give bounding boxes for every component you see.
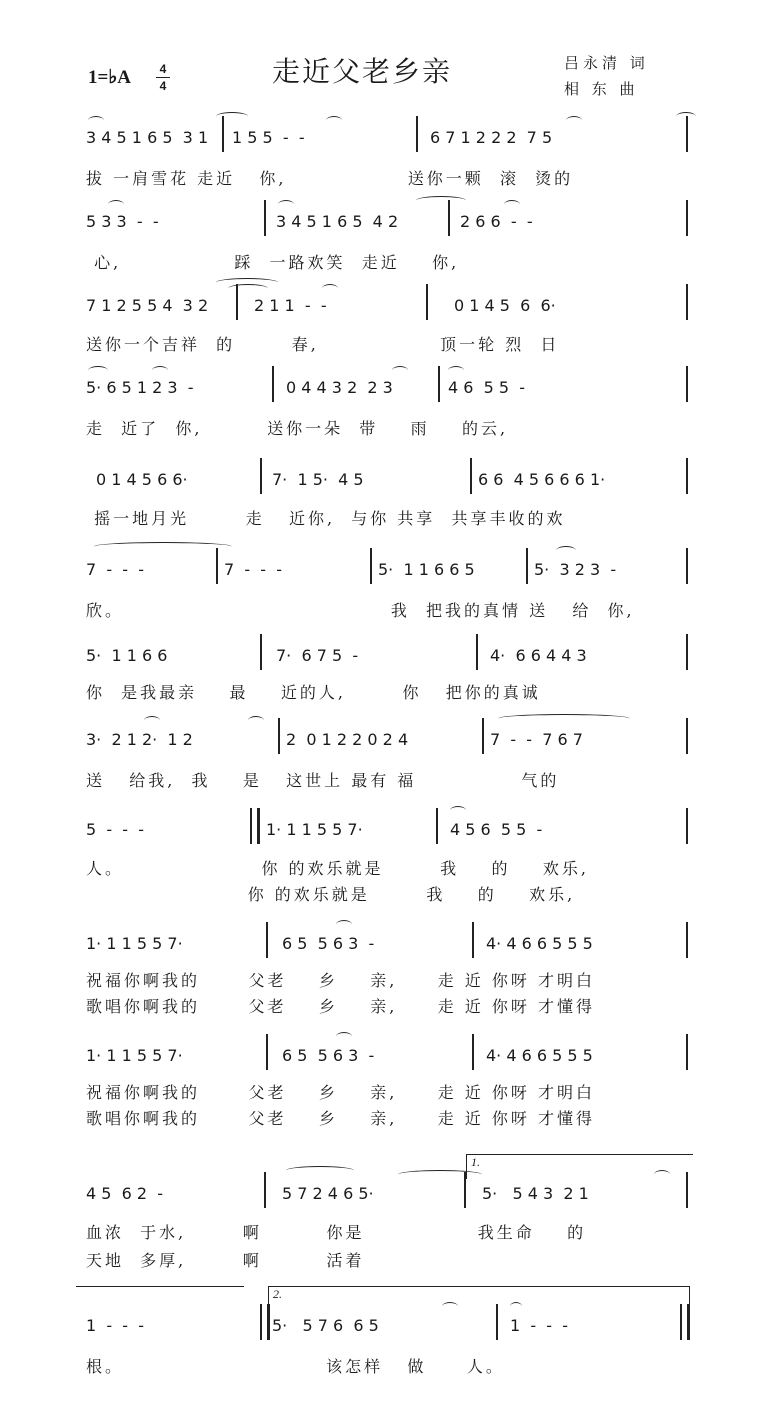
lyric-line: 送 给我, 我 是 这世上 最有 福 气的 (86, 768, 559, 791)
time-signature: 4 4 (156, 62, 170, 93)
repeat-end-barline (260, 1304, 270, 1340)
barline (686, 284, 688, 320)
barline (264, 1172, 266, 1208)
lyric-line-verse-2: 你 的欢乐就是 我 的 欢乐, (86, 882, 575, 905)
repeat-start-barline (250, 808, 260, 844)
measure: 4· 4 6 6 5 5 5 (486, 1046, 593, 1078)
barline (686, 548, 688, 584)
barline (686, 116, 688, 152)
measure: 4· 4 6 6 5 5 5 (486, 934, 593, 966)
lyric-line: 走 近了 你, 送你一朵 带 雨 的云, (86, 416, 508, 439)
lyric-line-verse-1: 人。 你 的欢乐就是 我 的 欢乐, (86, 856, 589, 879)
barline (448, 200, 450, 236)
slur (144, 716, 160, 725)
barline (476, 634, 478, 670)
slur (278, 200, 294, 209)
slur (322, 284, 338, 293)
slur (448, 366, 464, 375)
lyric-line-verse-2: 歌唱你啊我的 父老 乡 亲, 走 近 你呀 才懂得 (86, 1106, 595, 1129)
measure: 0 1 4 5 6 6· (96, 470, 188, 502)
slur (108, 200, 124, 209)
slur (248, 716, 264, 725)
measure: 1 - - - (510, 1316, 568, 1348)
lyric-line-verse-1: 血浓 于水, 啊 你是 我生命 的 (86, 1220, 586, 1243)
measure: 2 1 1 - - (254, 296, 327, 328)
measure: 5· 6 5 1 2 3 - (86, 378, 194, 410)
barline (686, 1172, 688, 1208)
measure: 3 4 5 1 6 5 3 1 (86, 128, 208, 160)
barline (686, 634, 688, 670)
second-ending-bracket: 2. (268, 1286, 690, 1311)
measure: 4· 6 6 4 4 3 (490, 646, 587, 678)
barline (436, 808, 438, 844)
measure: 6 7 1 2 2 2 7 5 (430, 128, 552, 160)
measure: 2 0 1 2 2 0 2 4 (286, 730, 408, 762)
measure: 7 - - 7 6 7 (490, 730, 583, 762)
slur (392, 366, 408, 375)
barline (686, 458, 688, 494)
measure: 5· 3 2 3 - (534, 560, 616, 592)
measure: 4 5 6 2 - (86, 1184, 163, 1216)
tie (94, 542, 232, 551)
measure: 7 - - - (224, 560, 282, 592)
first-ending-bracket-continued (76, 1286, 244, 1287)
barline (266, 922, 268, 958)
lyricist-credit: 吕永清 词 (564, 52, 649, 73)
slur (336, 1032, 352, 1041)
slur (442, 1302, 458, 1311)
measure: 1 - - - (86, 1316, 144, 1348)
measure: 1 5 5 - - (232, 128, 305, 160)
measure: 0 1 4 5 6 6· (454, 296, 556, 328)
lyric-line-verse-1: 祝福你啊我的 父老 乡 亲, 走 近 你呀 才明白 (86, 1080, 595, 1103)
barline (260, 458, 262, 494)
measure: 4 5 6 5 5 - (450, 820, 542, 852)
barline (472, 922, 474, 958)
measure: 2 6 6 - - (460, 212, 533, 244)
barline (482, 718, 484, 754)
barline (526, 548, 528, 584)
barline (264, 200, 266, 236)
barline (260, 634, 262, 670)
tie (216, 112, 248, 121)
measure: 1· 1 1 5 5 7· (86, 934, 183, 966)
slur (152, 366, 168, 375)
barline (272, 366, 274, 402)
measure: 5 7 2 4 6 5· (282, 1184, 374, 1216)
lyric-line: 拔 一肩雪花 走近 你, 送你一颗 滚 烫的 (86, 166, 573, 189)
measure: 0 4 4 3 2 2 3 (286, 378, 393, 410)
time-signature-top: 4 (156, 62, 170, 76)
slur (88, 116, 104, 125)
lyric-line-verse-2: 天地 多厚, 啊 活着 (86, 1248, 365, 1271)
barline (426, 284, 428, 320)
lyric-line: 摇一地月光 走 近你, 与你 共享 共享丰收的欢 (86, 506, 565, 529)
measure: 6 5 5 6 3 - (282, 1046, 374, 1078)
measure: 6 6 4 5 6 6 6 1· (478, 470, 605, 502)
barline (686, 366, 688, 402)
barline (496, 1304, 498, 1340)
barline (438, 366, 440, 402)
barline (416, 116, 418, 152)
measure: 3 4 5 1 6 5 4 2 (276, 212, 398, 244)
measure: 5· 1 1 6 6 (86, 646, 167, 678)
tie (228, 284, 268, 293)
measure: 5 - - - (86, 820, 144, 852)
barline (464, 1172, 466, 1208)
measure: 4 6 5 5 - (448, 378, 525, 410)
fermata-icon (510, 1302, 522, 1311)
slur (450, 806, 466, 815)
barline (278, 718, 280, 754)
barline (236, 284, 238, 320)
tie (498, 714, 630, 723)
barline (686, 200, 688, 236)
measure: 3· 2 1 2· 1 2 (86, 730, 193, 762)
barline (370, 548, 372, 584)
measure: 5· 5 7 6 6 5 (272, 1316, 379, 1348)
time-signature-bottom: 4 (156, 79, 170, 93)
slur (326, 116, 342, 125)
slur (654, 1170, 670, 1179)
barline (686, 808, 688, 844)
measure: 5· 5 4 3 2 1 (482, 1184, 589, 1216)
barline (266, 1034, 268, 1070)
tie (286, 1166, 354, 1175)
measure: 1· 1 1 5 5 7· (86, 1046, 183, 1078)
tie (416, 196, 466, 205)
measure: 7· 1 5· 4 5 (272, 470, 364, 502)
barline (472, 1034, 474, 1070)
measure: 7 1 2 5 5 4 3 2 (86, 296, 208, 328)
barline (216, 548, 218, 584)
barline (222, 116, 224, 152)
lyric-line-verse-1: 祝福你啊我的 父老 乡 亲, 走 近 你呀 才明白 (86, 968, 595, 991)
barline (686, 1034, 688, 1070)
composer-credit: 相 东 曲 (564, 78, 639, 99)
slur (88, 366, 108, 375)
lyric-line: 送你一个吉祥 的 春, 顶一轮 烈 日 (86, 332, 559, 355)
slur (556, 546, 576, 555)
measure: 7 - - - (86, 560, 144, 592)
barline (686, 922, 688, 958)
lyric-line: 你 是我最亲 最 近的人, 你 把你的真诚 (86, 680, 541, 703)
slur (336, 920, 352, 929)
lyric-line: 欣。 我 把我的真情 送 给 你, (86, 598, 635, 621)
song-title: 走近父老乡亲 (272, 50, 452, 90)
measure: 5· 1 1 6 6 5 (378, 560, 475, 592)
lyric-line: 心, 踩 一路欢笑 走近 你, (86, 250, 459, 273)
measure: 7· 6 7 5 - (276, 646, 358, 678)
barline (470, 458, 472, 494)
final-barline (680, 1304, 690, 1340)
slur (566, 116, 582, 125)
slur (504, 200, 520, 209)
time-signature-divider (156, 77, 170, 78)
measure: 1· 1 1 5 5 7· (266, 820, 363, 852)
barline (686, 718, 688, 754)
measure: 6 5 5 6 3 - (282, 934, 374, 966)
measure: 5 3 3 - - (86, 212, 159, 244)
key-signature: 1=♭A (88, 66, 131, 89)
lyric-line-verse-2: 歌唱你啊我的 父老 乡 亲, 走 近 你呀 才懂得 (86, 994, 595, 1017)
tie (398, 1170, 482, 1179)
lyric-line: 根。 该怎样 做 人。 (86, 1354, 505, 1377)
